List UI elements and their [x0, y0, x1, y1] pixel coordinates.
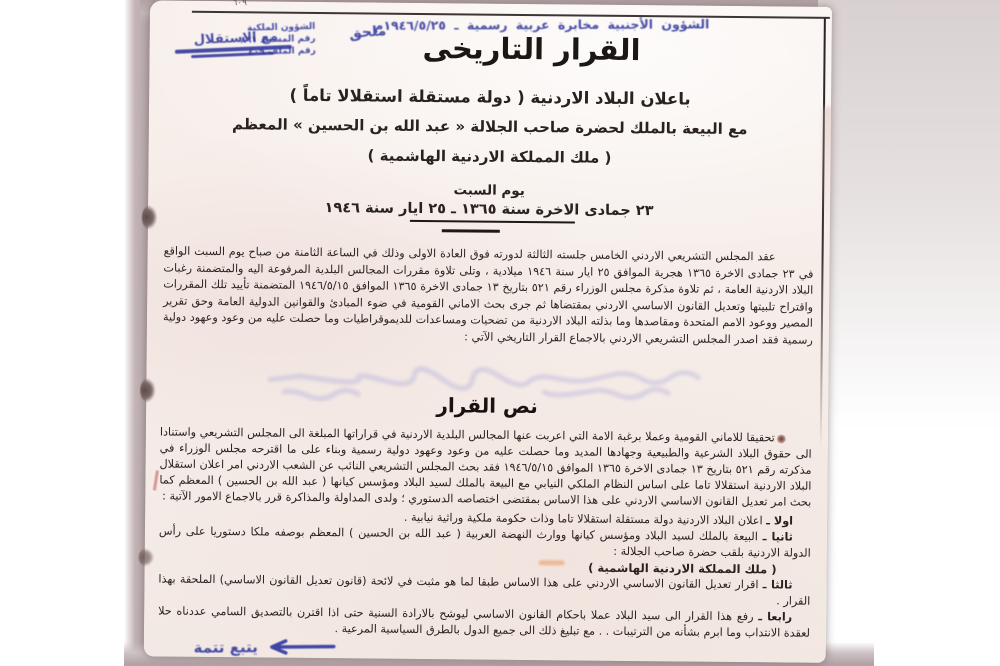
clause-label: ثالثا ـ [763, 578, 793, 591]
clause-label: ثانيا ـ [763, 530, 793, 543]
clause-text: البيعة بالملك لسيد البلاد ومؤسس كيانها و… [159, 524, 811, 559]
left-arrow-icon [264, 639, 336, 656]
punch-hole [139, 548, 154, 566]
continued-note: يتبع تتمة [146, 638, 336, 657]
punch-hole [142, 205, 157, 229]
document-paper: ٦٠٩ الشؤون الأجنبية مخابرة عربية رسمية ـ… [144, 0, 832, 663]
decision-heading: نص القرار [146, 390, 828, 421]
clause-label: رابعا ـ [758, 610, 792, 623]
continued-note-text: يتبع تتمة [193, 638, 257, 657]
clause-text: اقرار تعديل القانون الاساسي الاردني على … [158, 572, 810, 607]
page-number-mark: ٦٠٩ [232, 0, 247, 8]
decision-body: تحقيقا للاماني القومية وعملا برغبة الامة… [159, 424, 812, 510]
red-edge-mark [153, 470, 159, 490]
decision-body-text: تحقيقا للاماني القومية وعملا برغبة الامة… [159, 425, 811, 508]
preamble-paragraph: عقد المجلس التشريعي الاردني الخامس جلسته… [163, 244, 814, 350]
subtitle-kingdom: ( ملك المملكة الاردنية الهاشمية ) [148, 144, 830, 169]
clause-text: اعلان البلاد الاردنية دولة مستقلة استقلا… [404, 511, 763, 527]
document-title: القرار التاريخى [381, 31, 681, 68]
scan-background-right [818, 0, 1000, 430]
date-underline-short [442, 229, 500, 233]
clause-text: رفع هذا القرار الى سيد البلاد عملا باحكا… [158, 604, 810, 639]
subtitle-allegiance: مع البيعة بالملك لحضرة صاحب الجلالة « عب… [149, 114, 831, 139]
clause-label: اولا ـ [766, 514, 793, 527]
date-line: ٢٣ جمادى الاخرة سنة ١٣٦٥ ـ ٢٥ ايار سنة ١… [148, 198, 830, 221]
right-border-rule [820, 18, 826, 448]
ink-blot [777, 434, 786, 443]
scanned-document-page: ٦٠٩ الشؤون الأجنبية مخابرة عربية رسمية ـ… [0, 0, 1000, 666]
subtitle-independence: باعلان البلاد الاردنية ( دولة مستقلة است… [149, 84, 831, 110]
decision-section: تحقيقا للاماني القومية وعملا برغبة الامة… [158, 424, 812, 641]
clause-fourth: رابعا ـ رفع هذا القرار الى سيد البلاد عم… [158, 603, 810, 641]
orange-smudge [539, 560, 565, 565]
date-underline [410, 220, 575, 224]
